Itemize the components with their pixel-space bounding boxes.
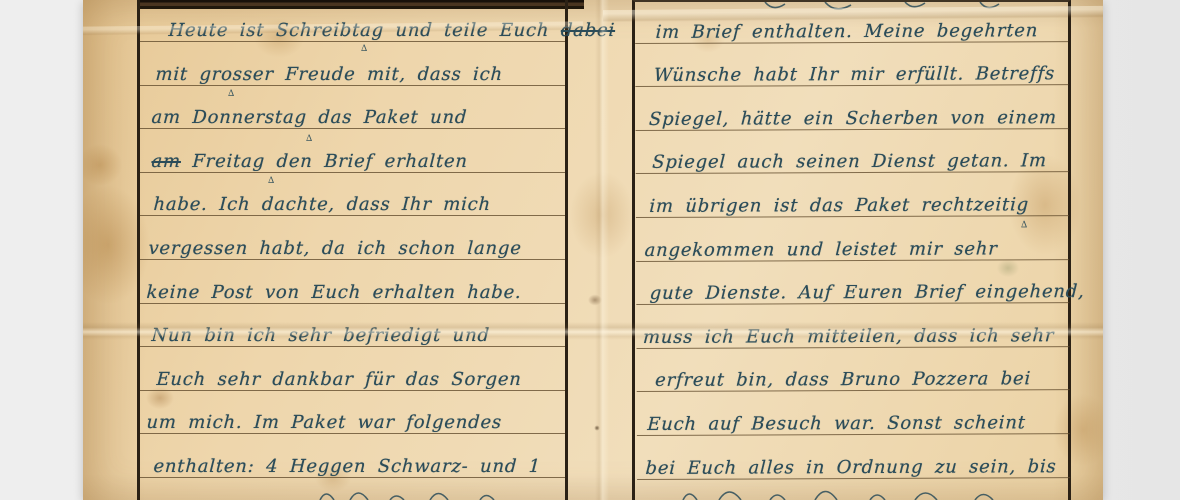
ruled-line-row: mit grosser Freude mit, dass ich [140, 42, 565, 86]
ruled-line-row: am Donnerstag das Paket und [140, 86, 565, 130]
letter-line: habe. Ich dachte, dass Ihr mich [153, 196, 491, 214]
ruled-line-row: am Freitag den Brief erhalten [140, 129, 565, 173]
letter-line: muss ich Euch mitteilen, dass ich sehr [643, 327, 1055, 347]
letter-line: Euch auf Besuch war. Sonst scheint [647, 415, 1026, 435]
ruled-line-row: im übrigen ist das Paket rechtzeitig [636, 173, 1069, 218]
right-page-lines: im Brief enthalten. Meine begehrtenWünsc… [635, 0, 1070, 480]
letter-line: am Freitag den Brief erhalten [151, 153, 468, 171]
letter-sheet: Heute ist Schreibtag und teile Euch dabe… [83, 0, 1103, 500]
photo-background: { "palette": { "ink_color": "#2b4c59", "… [0, 0, 1180, 500]
letter-line: gute Dienste. Auf Euren Brief eingehend, [649, 284, 1085, 304]
ruled-line-row: bei Euch alles in Ordnung zu sein, bis [637, 434, 1070, 479]
ruled-line-row: Euch auf Besuch war. Sonst scheint [637, 391, 1070, 436]
letter-line: Spiegel, hätte ein Scherben von einem [649, 109, 1058, 129]
ruled-line-row: Nun bin ich sehr befriedigt und [140, 304, 565, 348]
letter-line: Wünsche habt Ihr mir erfüllt. Betreffs [653, 66, 1055, 86]
letter-line: Heute ist Schreibtag und teile Euch dabe… [168, 22, 616, 40]
ruled-line-row: muss ich Euch mitteilen, dass ich sehr [636, 304, 1069, 349]
ruled-line-row: Spiegel auch seinen Dienst getan. Im [636, 129, 1069, 174]
center-fold-crease [595, 0, 609, 500]
ruled-line-row: erfreut bin, dass Bruno Pozzera bei [637, 347, 1070, 392]
letter-line: erfreut bin, dass Bruno Pozzera bei [655, 371, 1032, 391]
letter-line: vergessen habt, da ich schon lange [148, 240, 522, 258]
letter-line: um mich. Im Paket war folgendes [146, 414, 502, 432]
letter-line: Euch sehr dankbar für das Sorgen [156, 371, 522, 389]
right-page-column: im Brief enthalten. Meine begehrtenWünsc… [632, 0, 1071, 500]
ruled-line-row: im Brief enthalten. Meine begehrten [635, 0, 1068, 44]
ruled-line-row: keine Post von Euch erhalten habe. [140, 260, 565, 304]
ruled-line-row: vergessen habt, da ich schon lange [140, 216, 565, 260]
clipped-pen-strokes-bottom [310, 484, 550, 500]
ruled-line-row: um mich. Im Paket war folgendes [140, 391, 565, 435]
ruled-line-row: Wünsche habt Ihr mir erfüllt. Betreffs [635, 42, 1068, 87]
letter-line: enthalten: 4 Heggen Schwarz- und 1 [153, 458, 541, 476]
ruled-line-row: Euch sehr dankbar für das Sorgen [140, 347, 565, 391]
letter-line: bei Euch alles in Ordnung zu sein, bis [645, 458, 1057, 478]
left-page-lines: Heute ist Schreibtag und teile Euch dabe… [140, 0, 565, 478]
ruled-line-row: gute Dienste. Auf Euren Brief eingehend, [636, 260, 1069, 305]
letter-line: keine Post von Euch erhalten habe. [146, 284, 522, 302]
left-page-column: Heute ist Schreibtag und teile Euch dabe… [137, 0, 568, 500]
ruled-line-row: enthalten: 4 Heggen Schwarz- und 1 [140, 434, 565, 478]
ruled-line-row: Spiegel, hätte ein Scherben von einem [635, 86, 1068, 131]
ruled-line-row: angekommen und leistet mir sehr [636, 216, 1069, 261]
letter-line: angekommen und leistet mir sehr [644, 240, 998, 260]
ruled-line-row: Heute ist Schreibtag und teile Euch dabe… [140, 0, 565, 42]
letter-line: im übrigen ist das Paket rechtzeitig [649, 197, 1029, 217]
letter-line: Spiegel auch seinen Dienst getan. Im [652, 153, 1047, 173]
letter-line: am Donnerstag das Paket und [151, 109, 468, 127]
letter-line: im Brief enthalten. Meine begehrten [655, 22, 1038, 42]
letter-line: Nun bin ich sehr befriedigt und [151, 327, 490, 345]
letter-line: mit grosser Freude mit, dass ich [155, 66, 503, 84]
ruled-line-row: habe. Ich dachte, dass Ihr mich [140, 173, 565, 217]
clipped-pen-strokes-bottom [675, 482, 1035, 500]
